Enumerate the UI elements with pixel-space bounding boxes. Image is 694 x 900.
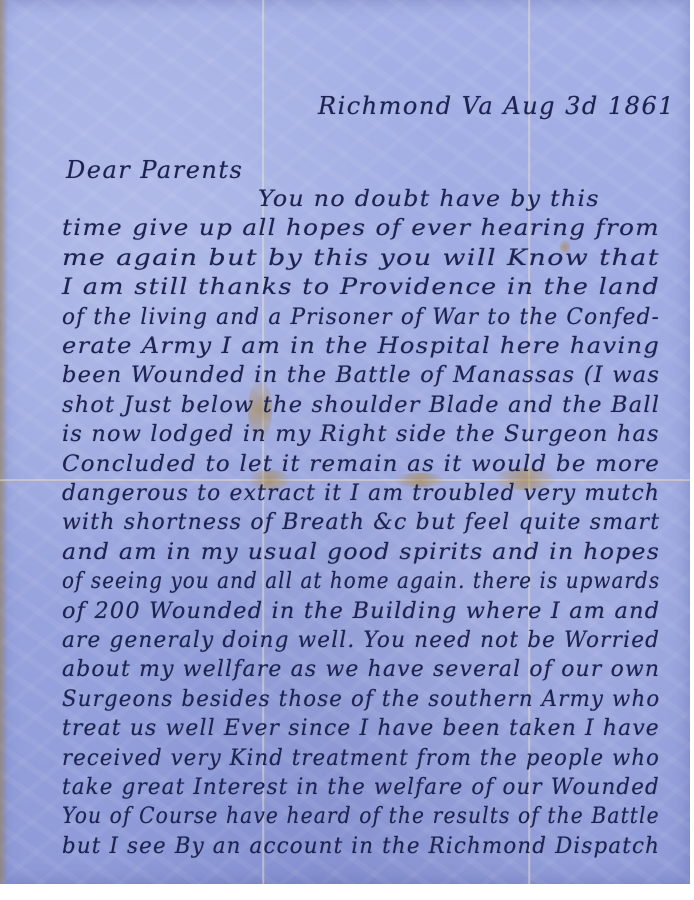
letter-line: treat us well Ever since I have been tak… bbox=[62, 716, 660, 741]
letter-line: of the living and a Prisoner of War to t… bbox=[62, 305, 660, 330]
letter-line: Concluded to let it remain as it would b… bbox=[62, 452, 660, 477]
letter-line: erate Army I am in the Hospital here hav… bbox=[62, 334, 660, 359]
dateline: Richmond Va Aug 3d 1861 bbox=[318, 92, 675, 120]
letter-page: Richmond Va Aug 3d 1861 Dear Parents You… bbox=[0, 0, 690, 884]
letter-line: shot Just below the shoulder Blade and t… bbox=[62, 393, 660, 418]
letter-line: received very Kind treatment from the pe… bbox=[62, 746, 660, 771]
letter-line: You no doubt have by this bbox=[258, 187, 600, 212]
letter-line: You of Course have heard of the results … bbox=[62, 804, 660, 829]
letter-line: and am in my usual good spirits and in h… bbox=[62, 540, 660, 565]
letter-line: been Wounded in the Battle of Manassas (… bbox=[62, 363, 660, 388]
letter-line: take great Interest in the welfare of ou… bbox=[62, 775, 660, 800]
paper-edge bbox=[0, 0, 8, 884]
letter-line: me again but by this you will Know that bbox=[62, 246, 660, 271]
letter-line: are generaly doing well. You need not be… bbox=[62, 628, 660, 653]
letter-line: but I see By an account in the Richmond … bbox=[62, 834, 660, 859]
letter-line: time give up all hopes of ever hearing f… bbox=[62, 216, 660, 241]
salutation: Dear Parents bbox=[66, 156, 243, 184]
letter-line: of seeing you and all at home again. the… bbox=[62, 569, 660, 594]
letter-line: I am still thanks to Providence in the l… bbox=[62, 275, 660, 300]
letter-line: dangerous to extract it I am troubled ve… bbox=[62, 481, 660, 506]
letter-line: with shortness of Breath &c but feel qui… bbox=[62, 510, 660, 535]
letter-line: Surgeons besides those of the southern A… bbox=[62, 687, 660, 712]
letter-line: about my wellfare as we have several of … bbox=[62, 657, 660, 682]
letter-line: of 200 Wounded in the Building where I a… bbox=[62, 599, 660, 624]
letter-line: is now lodged in my Right side the Surge… bbox=[62, 422, 660, 447]
